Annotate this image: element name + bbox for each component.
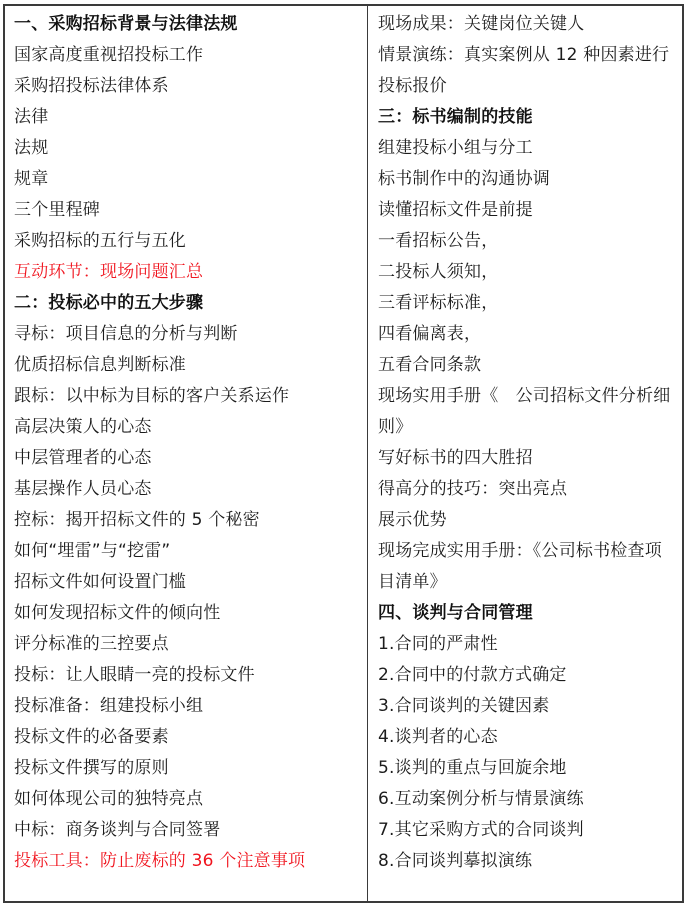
outline-item: 跟标：以中标为目标的客户关系运作: [14, 381, 367, 412]
section-heading: 一、采购招标背景与法律法规: [14, 9, 367, 40]
outline-item: 投标准备：组建投标小组: [14, 691, 367, 722]
outline-item: 1.合同的严肃性: [378, 629, 678, 660]
outline-item: 采购招标的五行与五化: [14, 226, 367, 257]
outline-item: 国家高度重视招投标工作: [14, 40, 367, 71]
outline-item: 现场完成实用手册：《公司标书检查项: [378, 536, 678, 567]
outline-item: 标书制作中的沟通协调: [378, 164, 678, 195]
outline-item: 写好标书的四大胜招: [378, 443, 678, 474]
outline-item: 6.互动案例分析与情景演练: [378, 784, 678, 815]
outline-item: 投标报价: [378, 71, 678, 102]
outline-item: 4.谈判者的心态: [378, 722, 678, 753]
highlighted-item: 互动环节：现场问题汇总: [14, 257, 367, 288]
outline-item: 5.谈判的重点与回旋余地: [378, 753, 678, 784]
outline-item: 规章: [14, 164, 367, 195]
course-outline-table: 一、采购招标背景与法律法规国家高度重视招投标工作采购招投标法律体系法律法规规章三…: [3, 4, 684, 903]
outline-item: 目清单》: [378, 567, 678, 598]
outline-item: 组建投标小组与分工: [378, 133, 678, 164]
outline-item: 3.合同谈判的关键因素: [378, 691, 678, 722]
outline-item: 现场实用手册《 公司招标文件分析细: [378, 381, 678, 412]
outline-item: 四看偏离表，: [378, 319, 678, 350]
left-column: 一、采购招标背景与法律法规国家高度重视招投标工作采购招投标法律体系法律法规规章三…: [5, 6, 368, 901]
outline-item: 8.合同谈判摹拟演练: [378, 846, 678, 877]
outline-item: 如何发现招标文件的倾向性: [14, 598, 367, 629]
outline-item: 法规: [14, 133, 367, 164]
outline-item: 读懂招标文件是前提: [378, 195, 678, 226]
outline-item: 得高分的技巧：突出亮点: [378, 474, 678, 505]
outline-item: 优质招标信息判断标准: [14, 350, 367, 381]
outline-item: 现场成果：关键岗位关键人: [378, 9, 678, 40]
outline-item: 采购招投标法律体系: [14, 71, 367, 102]
section-heading: 二：投标必中的五大步骤: [14, 288, 367, 319]
outline-item: 如何体现公司的独特亮点: [14, 784, 367, 815]
outline-item: 二投标人须知，: [378, 257, 678, 288]
outline-item: 法律: [14, 102, 367, 133]
outline-item: 控标：揭开招标文件的 5 个秘密: [14, 505, 367, 536]
outline-item: 投标文件撰写的原则: [14, 753, 367, 784]
outline-item: 7.其它采购方式的合同谈判: [378, 815, 678, 846]
outline-item: 投标文件的必备要素: [14, 722, 367, 753]
outline-item: 投标：让人眼睛一亮的投标文件: [14, 660, 367, 691]
outline-item: 展示优势: [378, 505, 678, 536]
section-heading: 四、谈判与合同管理: [378, 598, 678, 629]
outline-item: 情景演练：真实案例从 12 种因素进行: [378, 40, 678, 71]
outline-item: 寻标：项目信息的分析与判断: [14, 319, 367, 350]
highlighted-item: 投标工具：防止废标的 36 个注意事项: [14, 846, 367, 877]
outline-item: 2.合同中的付款方式确定: [378, 660, 678, 691]
outline-item: 中层管理者的心态: [14, 443, 367, 474]
outline-item: 则》: [378, 412, 678, 443]
section-heading: 三：标书编制的技能: [378, 102, 678, 133]
outline-item: 三看评标标准，: [378, 288, 678, 319]
outline-item: 如何“埋雷”与“挖雷”: [14, 536, 367, 567]
outline-item: 评分标准的三控要点: [14, 629, 367, 660]
outline-item: 一看招标公告，: [378, 226, 678, 257]
outline-item: 中标：商务谈判与合同签署: [14, 815, 367, 846]
outline-item: 五看合同条款: [378, 350, 678, 381]
outline-item: 招标文件如何设置门槛: [14, 567, 367, 598]
outline-item: 三个里程碑: [14, 195, 367, 226]
outline-item: 基层操作人员心态: [14, 474, 367, 505]
right-column: 现场成果：关键岗位关键人情景演练：真实案例从 12 种因素进行投标报价三：标书编…: [368, 6, 682, 901]
outline-item: 高层决策人的心态: [14, 412, 367, 443]
